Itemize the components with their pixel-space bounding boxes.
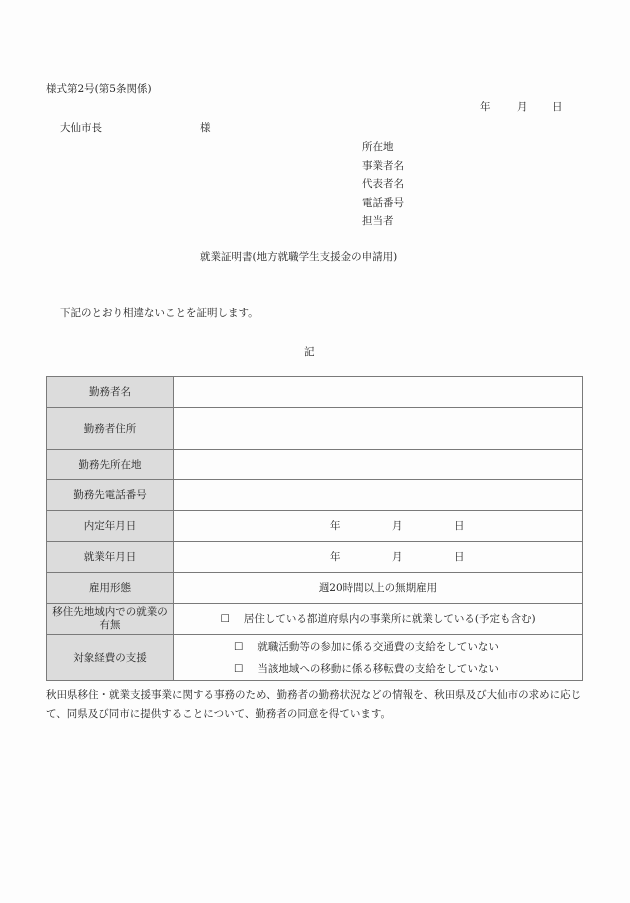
table-row: 内定年月日 年月日 bbox=[47, 511, 583, 542]
offer-date-year: 年 bbox=[330, 519, 392, 533]
offer-date-day: 日 bbox=[454, 519, 464, 533]
date-day: 日 bbox=[552, 99, 563, 114]
table-row: 就業年月日 年月日 bbox=[47, 542, 583, 573]
offer-date-month: 月 bbox=[392, 519, 454, 533]
label-expense-support: 対象経費の支援 bbox=[47, 635, 174, 681]
consent-statement: 秋田県移住・就業支援事業に関する事務のため、勤務者の勤務状況などの情報を、秋田県… bbox=[46, 686, 586, 724]
applicant-business-name-label: 事業者名 bbox=[362, 157, 404, 176]
employment-date-year: 年 bbox=[330, 550, 392, 564]
local-employment-text: 居住している都道府県内の事業所に就業している(予定も含む) bbox=[244, 613, 536, 625]
table-row: 勤務者名 bbox=[47, 377, 583, 408]
checkbox-icon[interactable]: ☐ bbox=[220, 612, 229, 626]
table-row: 対象経費の支援 ☐就職活動等の参加に係る交通費の支給をしていない ☐当該地域への… bbox=[47, 635, 583, 681]
label-employment-type: 雇用形態 bbox=[47, 573, 174, 604]
offer-date-field[interactable]: 年月日 bbox=[174, 511, 583, 542]
worker-name-field[interactable] bbox=[174, 377, 583, 408]
table-row: 雇用形態 週20時間以上の無期雇用 bbox=[47, 573, 583, 604]
date-year: 年 bbox=[480, 99, 517, 114]
label-employment-date: 就業年月日 bbox=[47, 542, 174, 573]
worker-address-field[interactable] bbox=[174, 408, 583, 450]
applicant-representative-label: 代表者名 bbox=[362, 175, 404, 194]
addressee: 大仙市長 様 bbox=[60, 120, 102, 135]
table-row: 勤務者住所 bbox=[47, 408, 583, 450]
date-month: 月 bbox=[517, 99, 552, 114]
label-workplace-phone: 勤務先電話番号 bbox=[47, 480, 174, 511]
table-row: 移住先地域内での就業の有無 ☐居住している都道府県内の事業所に就業している(予定… bbox=[47, 604, 583, 635]
table-row: 勤務先所在地 bbox=[47, 450, 583, 480]
expense-option-travel-text: 就職活動等の参加に係る交通費の支給をしていない bbox=[257, 641, 499, 653]
workplace-phone-field[interactable] bbox=[174, 480, 583, 511]
local-employment-option[interactable]: ☐居住している都道府県内の事業所に就業している(予定も含む) bbox=[174, 604, 583, 635]
form-number: 様式第2号(第5条関係) bbox=[46, 81, 152, 96]
applicant-contact-label: 担当者 bbox=[362, 212, 404, 231]
certificate-table: 勤務者名 勤務者住所 勤務先所在地 勤務先電話番号 内定年月日 年月日 就業年月… bbox=[46, 376, 583, 681]
expense-support-options: ☐就職活動等の参加に係る交通費の支給をしていない ☐当該地域への移動に係る移転費… bbox=[174, 635, 583, 681]
label-local-employment: 移住先地域内での就業の有無 bbox=[47, 604, 174, 635]
checkbox-icon[interactable]: ☐ bbox=[234, 658, 243, 680]
applicant-block: 所在地 事業者名 代表者名 電話番号 担当者 bbox=[362, 138, 404, 231]
intro-text: 下記のとおり相違ないことを証明します。 bbox=[60, 305, 259, 320]
employment-type-value: 週20時間以上の無期雇用 bbox=[174, 573, 583, 604]
label-workplace-address: 勤務先所在地 bbox=[47, 450, 174, 480]
addressee-name: 大仙市長 bbox=[60, 122, 102, 134]
label-offer-date: 内定年月日 bbox=[47, 511, 174, 542]
issue-date: 年月日 bbox=[480, 99, 563, 114]
table-row: 勤務先電話番号 bbox=[47, 480, 583, 511]
document-title: 就業証明書(地方就職学生支援金の申請用) bbox=[200, 249, 397, 264]
expense-option-travel[interactable]: ☐就職活動等の参加に係る交通費の支給をしていない bbox=[174, 636, 582, 658]
employment-date-day: 日 bbox=[454, 550, 464, 564]
ki-heading: 記 bbox=[304, 344, 315, 359]
label-worker-name: 勤務者名 bbox=[47, 377, 174, 408]
expense-option-relocation-text: 当該地域への移動に係る移転費の支給をしていない bbox=[257, 663, 499, 675]
checkbox-icon[interactable]: ☐ bbox=[234, 636, 243, 658]
applicant-address-label: 所在地 bbox=[362, 138, 404, 157]
workplace-address-field[interactable] bbox=[174, 450, 583, 480]
honorific: 様 bbox=[200, 120, 211, 135]
applicant-phone-label: 電話番号 bbox=[362, 194, 404, 213]
label-worker-address: 勤務者住所 bbox=[47, 408, 174, 450]
employment-date-month: 月 bbox=[392, 550, 454, 564]
employment-date-field[interactable]: 年月日 bbox=[174, 542, 583, 573]
expense-option-relocation[interactable]: ☐当該地域への移動に係る移転費の支給をしていない bbox=[174, 658, 582, 680]
